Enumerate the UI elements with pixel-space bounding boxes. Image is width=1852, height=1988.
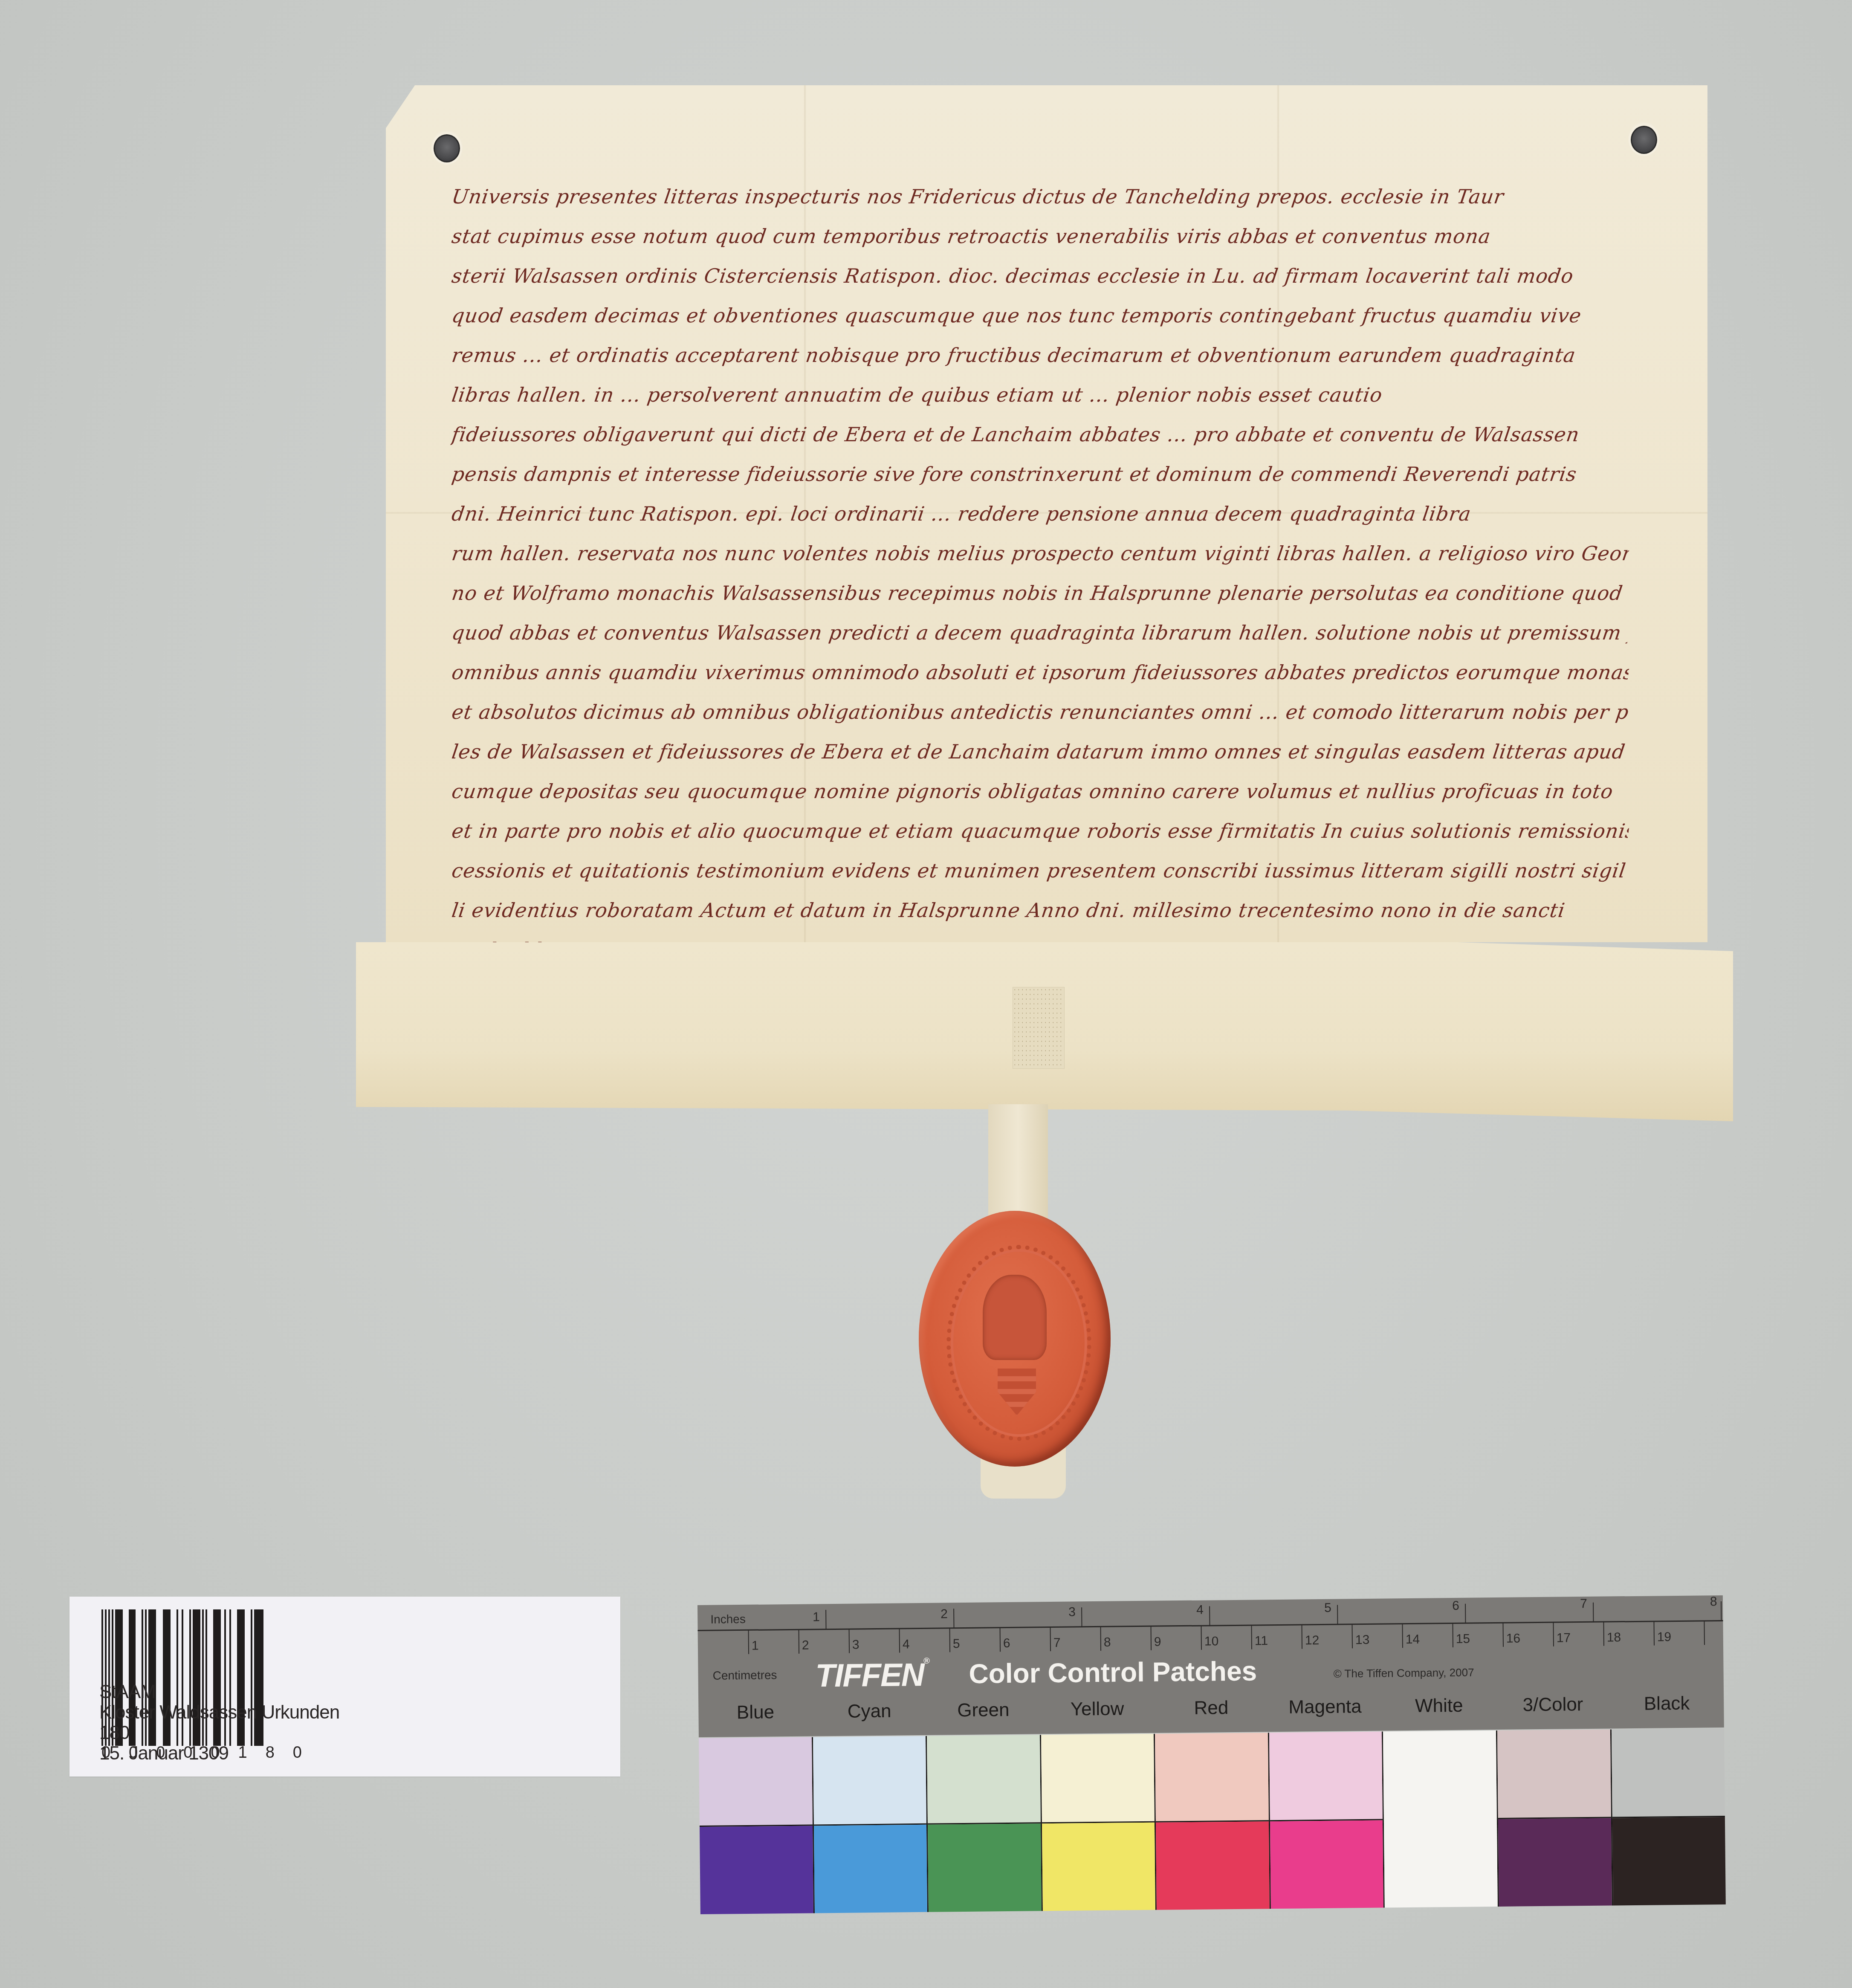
cm-mark: 13 <box>1355 1633 1370 1647</box>
patch-dark <box>1156 1821 1270 1910</box>
patch-light <box>1155 1733 1269 1823</box>
text-line: les de Walsassen et fideiussores de Eber… <box>449 732 1631 772</box>
centimetres-label: Centimetres <box>712 1668 777 1682</box>
charter-text: Universis presentes litteras inspecturis… <box>452 177 1629 970</box>
color-patches <box>699 1728 1726 1914</box>
patch-dark <box>1270 1820 1384 1909</box>
cm-mark: 3 <box>852 1638 859 1652</box>
registered-mark: ® <box>923 1656 929 1666</box>
cm-mark: 6 <box>1003 1636 1010 1651</box>
brand-name: TIFFEN <box>815 1657 924 1694</box>
cm-mark: 2 <box>802 1638 809 1652</box>
text-line: quod abbas et conventus Walsassen predic… <box>449 613 1631 653</box>
patch-column-cyan <box>813 1736 929 1913</box>
madonna-figure-icon <box>983 1275 1047 1360</box>
patch-column-red <box>1155 1733 1271 1910</box>
cm-mark: 5 <box>953 1637 960 1651</box>
patch-dark <box>928 1823 1042 1912</box>
collection-name: Kloster Waldsassen Urkunden <box>99 1702 339 1723</box>
cm-mark: 15 <box>1456 1632 1470 1647</box>
patch-label-blue: Blue <box>698 1701 813 1724</box>
inch-mark: 3 <box>1068 1605 1076 1619</box>
charter: Universis presentes litteras inspecturis… <box>386 85 1714 1006</box>
inch-mark: 2 <box>940 1607 948 1621</box>
patch-column-yellow <box>1041 1734 1157 1911</box>
patch-labels: Blue Cyan Green Yellow Red Magenta White… <box>698 1693 1724 1724</box>
cm-mark: 16 <box>1506 1631 1521 1646</box>
text-line: et in parte pro nobis et alio quocumque … <box>449 811 1631 851</box>
text-line: pensis dampnis et interesse fideiussorie… <box>449 454 1631 494</box>
patch-column-black <box>1611 1728 1726 1906</box>
text-line: quod easdem decimas et obventiones quasc… <box>449 296 1631 336</box>
text-line: cumque depositas seu quocumque nomine pi… <box>449 772 1631 811</box>
text-line: cessionis et quitationis testimonium evi… <box>449 851 1631 891</box>
parchment-sheet: Universis presentes litteras inspecturis… <box>386 85 1707 942</box>
copyright-notice: © The Tiffen Company, 2007 <box>1333 1666 1474 1681</box>
ruler-line <box>698 1620 1723 1631</box>
patch-light <box>813 1736 927 1826</box>
patch-column-white <box>1383 1730 1499 1908</box>
product-title: Color Control Patches <box>969 1655 1257 1689</box>
inch-mark: 1 <box>813 1610 820 1624</box>
mounting-pin-icon <box>434 134 460 162</box>
document-date: 15. Januar 1309 <box>99 1743 339 1764</box>
text-line: fideiussores obligaverunt qui dicti de E… <box>449 415 1631 454</box>
cm-mark: 1 <box>752 1639 759 1653</box>
patch-light <box>699 1737 813 1827</box>
patch-label-yellow: Yellow <box>1040 1698 1155 1721</box>
cm-mark: 19 <box>1657 1630 1672 1644</box>
card-header: Inches 1 2 3 4 5 6 7 8 <box>697 1595 1724 1737</box>
cm-mark: 14 <box>1406 1632 1420 1647</box>
inch-mark: 6 <box>1452 1599 1459 1613</box>
patch-dark <box>700 1826 813 1914</box>
archive-name: StAAM <box>99 1682 339 1702</box>
text-line: remus ... et ordinatis acceptarent nobis… <box>449 336 1631 375</box>
inch-mark: 5 <box>1324 1601 1331 1615</box>
patch-label-red: Red <box>1154 1697 1268 1719</box>
cm-mark: 10 <box>1204 1634 1219 1649</box>
text-line: sterii Walsassen ordinis Cisterciensis R… <box>449 256 1631 296</box>
seal-strap-slot <box>1013 987 1065 1069</box>
color-control-card: Inches 1 2 3 4 5 6 7 8 <box>697 1595 1726 1914</box>
patch-light <box>1269 1732 1383 1822</box>
patch-label-white: White <box>1382 1695 1496 1717</box>
patch-column-magenta <box>1269 1732 1385 1909</box>
text-line: rum hallen. reservata nos nunc volentes … <box>449 534 1631 573</box>
patch-label-magenta: Magenta <box>1268 1696 1382 1719</box>
patch-light <box>927 1735 1041 1825</box>
inch-mark: 8 <box>1710 1594 1717 1609</box>
text-line: stat cupimus esse notum quod cum tempori… <box>449 217 1631 256</box>
patch-label-cyan: Cyan <box>812 1700 926 1723</box>
cm-mark: 12 <box>1305 1633 1320 1648</box>
patch-label-green: Green <box>926 1699 1041 1722</box>
tiffen-logo: TIFFEN® <box>815 1656 929 1695</box>
patch-column-green <box>927 1735 1043 1912</box>
patch-light <box>1041 1734 1155 1824</box>
patch-dark <box>1042 1823 1156 1911</box>
patch-label-3color: 3/Color <box>1496 1693 1610 1716</box>
document-number: 180 <box>99 1723 339 1743</box>
text-line: omnibus annis quamdiu vixerimus omnimodo… <box>449 653 1631 692</box>
cm-mark: 11 <box>1255 1634 1268 1648</box>
text-line: li evidentius roboratam Actum et datum i… <box>449 891 1631 930</box>
patch-column-3color <box>1497 1729 1613 1907</box>
cm-mark: 4 <box>903 1637 910 1652</box>
text-line: et absolutos dicimus ab omnibus obligati… <box>449 692 1631 732</box>
cm-mark: 8 <box>1104 1635 1111 1650</box>
patch-dark <box>1498 1818 1612 1907</box>
text-line: Universis presentes litteras inspecturis… <box>449 177 1631 217</box>
cm-mark: 7 <box>1053 1636 1061 1650</box>
patch-dark <box>814 1825 928 1913</box>
patch-label-black: Black <box>1610 1693 1724 1715</box>
patch-light <box>1497 1729 1611 1819</box>
patch-white <box>1383 1730 1498 1908</box>
text-line: no et Wolframo monachis Walsassensibus r… <box>449 573 1631 613</box>
cm-mark: 18 <box>1607 1630 1621 1645</box>
mounting-pin-icon <box>1631 126 1657 154</box>
patch-dark <box>1612 1817 1726 1906</box>
inches-label: Inches <box>710 1612 746 1626</box>
inch-mark: 7 <box>1580 1597 1587 1611</box>
text-line: dni. Heinrici tunc Ratispon. epi. loci o… <box>449 494 1631 534</box>
cm-mark: 17 <box>1557 1631 1571 1645</box>
cm-mark: 9 <box>1154 1635 1161 1649</box>
inch-mark: 4 <box>1196 1603 1204 1618</box>
patch-light <box>1611 1728 1725 1818</box>
text-line: libras hallen. in ... persolverent annua… <box>449 375 1631 415</box>
archive-label: 0 0 0 0 0 1 8 0 StAAM Kloster Waldsassen… <box>69 1597 620 1777</box>
wax-seal <box>919 1211 1111 1467</box>
patch-column-blue <box>699 1737 815 1914</box>
